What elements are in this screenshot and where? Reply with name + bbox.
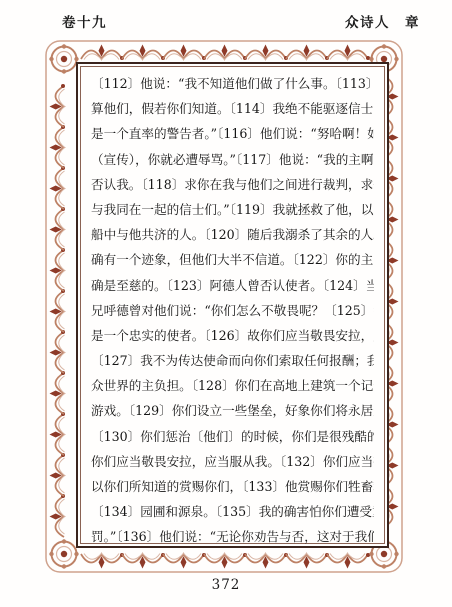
text-frame: 〔112〕他说：“我不知道他们做了什么事。〔113〕我的主负责清算他们，假若你们…: [76, 62, 389, 548]
text-frame-inner: 〔112〕他说：“我不知道他们做了什么事。〔113〕我的主负责清算他们，假若你们…: [80, 66, 385, 544]
text-line: 船中与他共济的人。〔120〕随后我溺杀了其余的人。〔121〕此中: [91, 222, 374, 247]
chapter-label: 众诗人 章: [345, 11, 420, 31]
text-line: 确有一个迹象，但他们大半不信道。〔122〕你的主，确是万能的，: [91, 247, 374, 272]
book-page: 卷十九 众诗人 章: [0, 0, 452, 607]
page-number: 372: [0, 577, 452, 593]
text-line: 是一个忠实的使者。〔126〕故你们应当敬畏安拉，应当服从我。: [91, 323, 374, 348]
text-line: 与我同在一起的信士们。”〔119〕我就拯救了他，以及在满载的: [91, 197, 374, 222]
text-line: 〔112〕他说：“我不知道他们做了什么事。〔113〕我的主负责清: [91, 71, 374, 96]
text-line: 你们应当敬畏安拉，应当服从我。〔132〕你们应当敬畏主，他: [91, 449, 374, 474]
volume-label: 卷十九: [62, 11, 107, 31]
text-line: 〔130〕你们惩治〔他们〕的时候，你们是很残酷的。〔131〕: [91, 424, 374, 449]
text-line: 〔127〕我不为传达使命而向你们索取任何报酬；我的报酬，只由: [91, 348, 374, 373]
text-line: 确是至慈的。〔123〕阿德人曾否认使者。〔124〕当时，他们的弟: [91, 273, 374, 298]
text-line: 否认我。〔118〕求你在我与他们之间进行裁判，求你拯救我和: [91, 172, 374, 197]
text-line: 游戏。〔129〕你们设立一些堡垒，好象你们将永居尘世一样。: [91, 398, 374, 423]
text-line: 〔134〕园圃和源泉。〔135〕我的确害怕你们遭受重大日的刑: [91, 499, 374, 524]
text-line: 众世界的主负担。〔128〕你们在高地上建筑一个记念物，以供: [91, 373, 374, 398]
text-line: 罚。”〔136〕他们说：“无论你劝告与否，这对于我们是一样的。: [91, 524, 374, 549]
text-line: 是一个直率的警告者。”〔116〕他们说：“努哈啊！如果你不停止: [91, 121, 374, 146]
page-header: 卷十九 众诗人 章: [62, 11, 420, 31]
text-line: 算他们，假若你们知道。〔114〕我绝不能驱逐信士，〔115〕我只: [91, 96, 374, 121]
scripture-text: 〔112〕他说：“我不知道他们做了什么事。〔113〕我的主负责清算他们，假若你们…: [91, 71, 374, 543]
text-line: （宣传），你就必遭辱骂。”〔117〕他说：“我的主啊！我的宗族的确: [91, 147, 374, 172]
text-line: 兄呼德曾对他们说：“你们怎么不敬畏呢？〔125〕我对于你们，确: [91, 298, 374, 323]
text-line: 以你们所知道的赏赐你们，〔133〕他赏赐你们牲畜和子嗣，: [91, 474, 374, 499]
